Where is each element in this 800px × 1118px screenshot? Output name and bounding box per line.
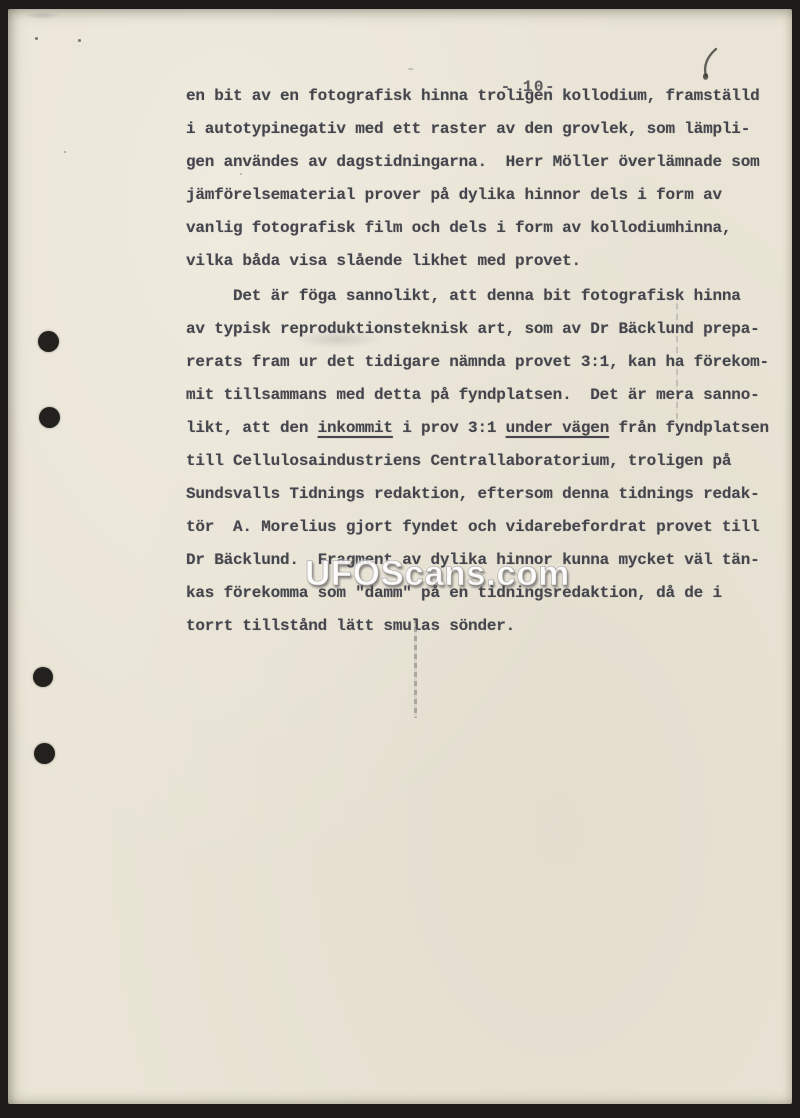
text-line: tör A. Morelius gjort fyndet och vidareb…	[186, 511, 792, 544]
text-line: likt, att den inkommit i prov 3:1 under …	[186, 412, 792, 445]
text-line: av typisk reproduktionsteknisk art, som …	[186, 313, 792, 346]
text-line: gen användes av dagstidningarna. Herr Mö…	[186, 146, 792, 179]
text-line: rerats fram ur det tidigare nämnda prove…	[186, 346, 792, 379]
paragraph: en bit av en fotografisk hinna troligen …	[186, 80, 792, 278]
text-line: torrt tillstånd lätt smulas sönder.	[186, 610, 792, 643]
faded-dash: -	[406, 60, 416, 78]
scan-background: -- 10- en bit av en fotografisk hinna tr…	[0, 0, 800, 1118]
text-line: jämförelsematerial prover på dylika hinn…	[186, 179, 792, 212]
text-line: i autotypinegativ med ett raster av den …	[186, 113, 792, 146]
text-line: vanlig fotografisk film och dels i form …	[186, 212, 792, 245]
hole-punch	[34, 743, 55, 764]
ink-speck	[35, 37, 38, 40]
crease-line	[676, 303, 678, 425]
ink-speck	[64, 151, 66, 153]
hole-punch	[38, 331, 59, 352]
text-line: Sundsvalls Tidnings redaktion, eftersom …	[186, 478, 792, 511]
ink-speck	[78, 39, 81, 42]
scan-paper: -- 10- en bit av en fotografisk hinna tr…	[8, 9, 792, 1104]
watermark: UFOScans.com	[305, 554, 570, 594]
corner-smudge	[20, 11, 66, 20]
paper-smudge	[278, 327, 398, 351]
text-line: Det är föga sannolikt, att denna bit fot…	[186, 280, 792, 313]
hole-punch	[33, 667, 53, 687]
text-line: en bit av en fotografisk hinna troligen …	[186, 80, 792, 113]
text-line: vilka båda visa slående likhet med prove…	[186, 245, 792, 278]
text-line: mit tillsammans med detta på fyndplatsen…	[186, 379, 792, 412]
hole-punch	[39, 407, 60, 428]
text-line: till Cellulosaindustriens Centrallaborat…	[186, 445, 792, 478]
crease-line	[414, 618, 417, 718]
